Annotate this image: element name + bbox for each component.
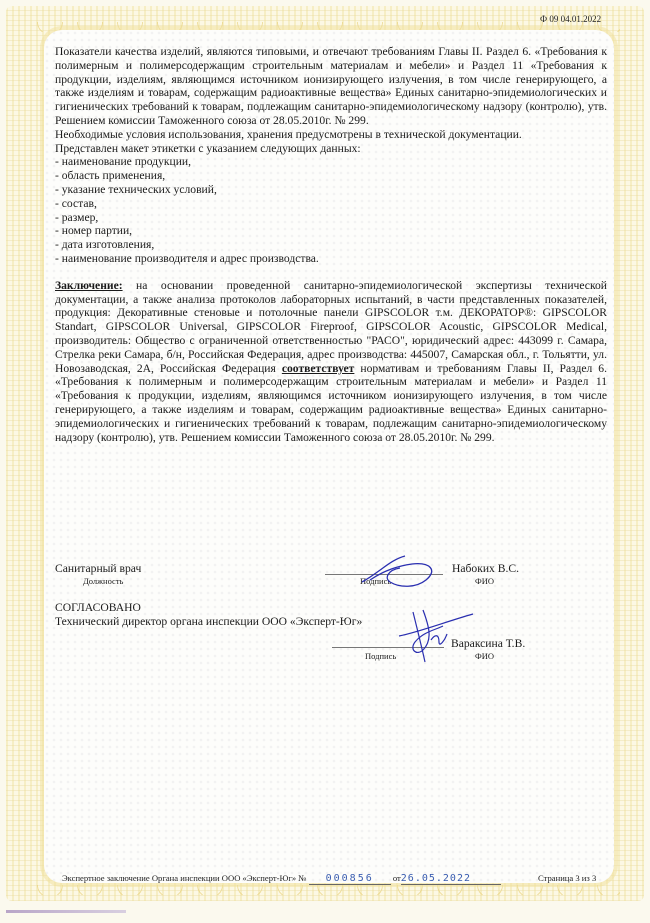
approval-heading: СОГЛАСОВАНО [55, 601, 362, 615]
list-item: - состав, [55, 197, 607, 211]
director-name-caption: ФИО [475, 651, 494, 661]
conclusion-text-1: на основании проведенной санитарно-эпиде… [55, 279, 607, 375]
approval-block: СОГЛАСОВАНО Технический директор органа … [55, 601, 362, 629]
footer-number: 000856 [309, 873, 391, 885]
label-items-list: - наименование продукции, - область прим… [55, 155, 607, 265]
list-item: - область применения, [55, 169, 607, 183]
doctor-signature-row: Санитарный врач Должность Подпись Набоки… [55, 562, 615, 594]
doctor-name-caption: ФИО [475, 576, 494, 586]
footer-date-prefix: от [393, 873, 401, 883]
scan-edge-strip [6, 910, 126, 913]
doctor-signature-icon [360, 552, 440, 592]
form-code: Ф 09 04.01.2022 [540, 14, 601, 24]
conclusion-paragraph: Заключение: на основании проведенной сан… [55, 279, 607, 445]
director-signature-icon [395, 600, 475, 665]
director-role: Технический директор органа инспекции ОО… [55, 615, 362, 629]
label-intro: Представлен макет этикетки с указанием с… [55, 142, 607, 156]
document-page: Ф 09 04.01.2022 Показатели качества изде… [0, 0, 650, 923]
list-item: - дата изготовления, [55, 238, 607, 252]
page-number: Страница 3 из 3 [538, 873, 596, 883]
conclusion-emphasis: соответствует [282, 362, 355, 375]
doctor-role-caption: Должность [83, 576, 123, 586]
quality-paragraph: Показатели качества изделий, являются ти… [55, 45, 607, 128]
director-signature-row: Подпись Вараксина Т.В. ФИО [55, 637, 615, 669]
director-signature-caption: Подпись [365, 651, 396, 661]
list-item: - наименование продукции, [55, 155, 607, 169]
list-item: - наименование производителя и адрес про… [55, 252, 607, 266]
list-item: - размер, [55, 211, 607, 225]
footer-date: 26.05.2022 [401, 873, 501, 885]
conclusion-label: Заключение: [55, 279, 123, 292]
decorative-wave-bottom [30, 885, 620, 895]
doctor-role: Санитарный врач [55, 562, 141, 575]
page-footer: Экспертное заключение Органа инспекции О… [62, 873, 622, 885]
list-item: - номер партии, [55, 224, 607, 238]
document-body: Показатели качества изделий, являются ти… [55, 45, 607, 444]
footer-text: Экспертное заключение Органа инспекции О… [62, 873, 307, 883]
doctor-name: Набоких В.С. [452, 562, 519, 575]
usage-paragraph: Необходимые условия использования, хране… [55, 128, 607, 142]
list-item: - указание технических условий, [55, 183, 607, 197]
